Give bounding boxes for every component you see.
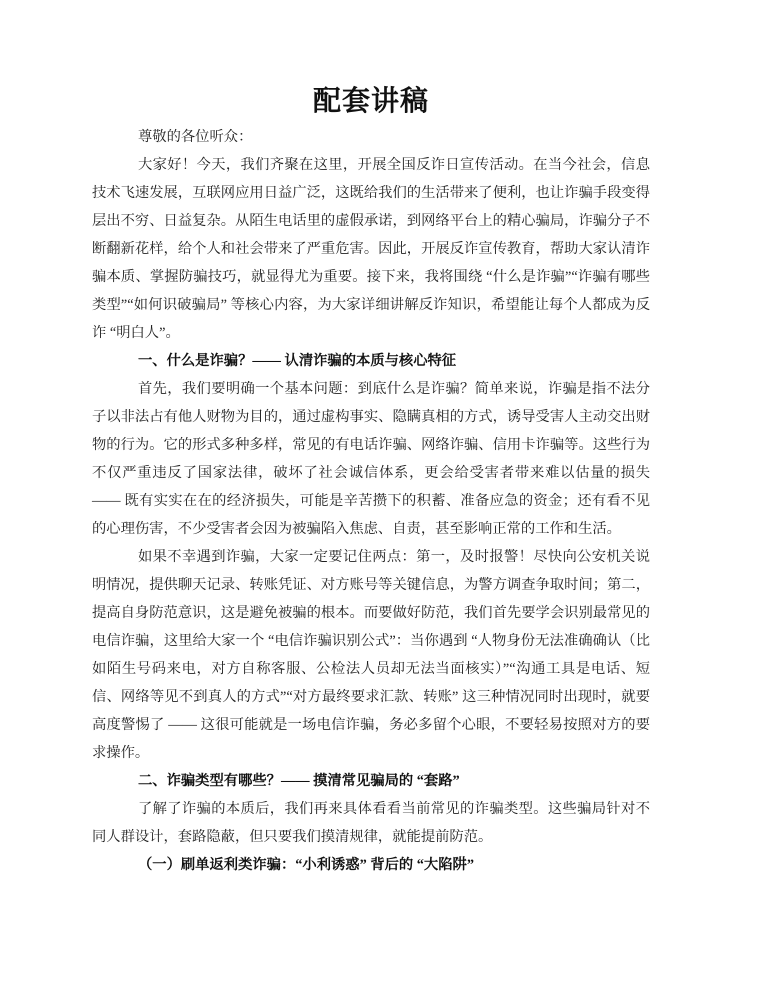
heading-section-1: 一、什么是诈骗？—— 认清诈骗的本质与核心特征 xyxy=(92,347,650,375)
heading-section-2: 二、诈骗类型有哪些？—— 摸清常见骗局的 “套路” xyxy=(92,767,650,795)
paragraph-types-intro: 了解了诈骗的本质后，我们再来具体看看当前常见的诈骗类型。这些骗局针对不同人群设计… xyxy=(92,795,650,851)
heading-subsection-1: （一）刷单返利类诈骗：“小利诱惑” 背后的 “大陷阱” xyxy=(92,851,650,879)
document-page: 配套讲稿 尊敬的各位听众： 大家好！今天，我们齐聚在这里，开展全国反诈日宣传活动… xyxy=(0,0,770,1000)
document-content: 配套讲稿 尊敬的各位听众： 大家好！今天，我们齐聚在这里，开展全国反诈日宣传活动… xyxy=(92,83,650,879)
paragraph-intro: 大家好！今天，我们齐聚在这里，开展全国反诈日宣传活动。在当今社会，信息技术飞速发… xyxy=(92,151,650,347)
document-title: 配套讲稿 xyxy=(92,83,650,120)
paragraph-salutation: 尊敬的各位听众： xyxy=(92,123,650,151)
paragraph-fraud-definition: 首先，我们要明确一个基本问题：到底什么是诈骗？简单来说，诈骗是指不法分子以非法占… xyxy=(92,375,650,543)
paragraph-fraud-response: 如果不幸遇到诈骗，大家一定要记住两点：第一，及时报警！尽快向公安机关说明情况，提… xyxy=(92,543,650,767)
